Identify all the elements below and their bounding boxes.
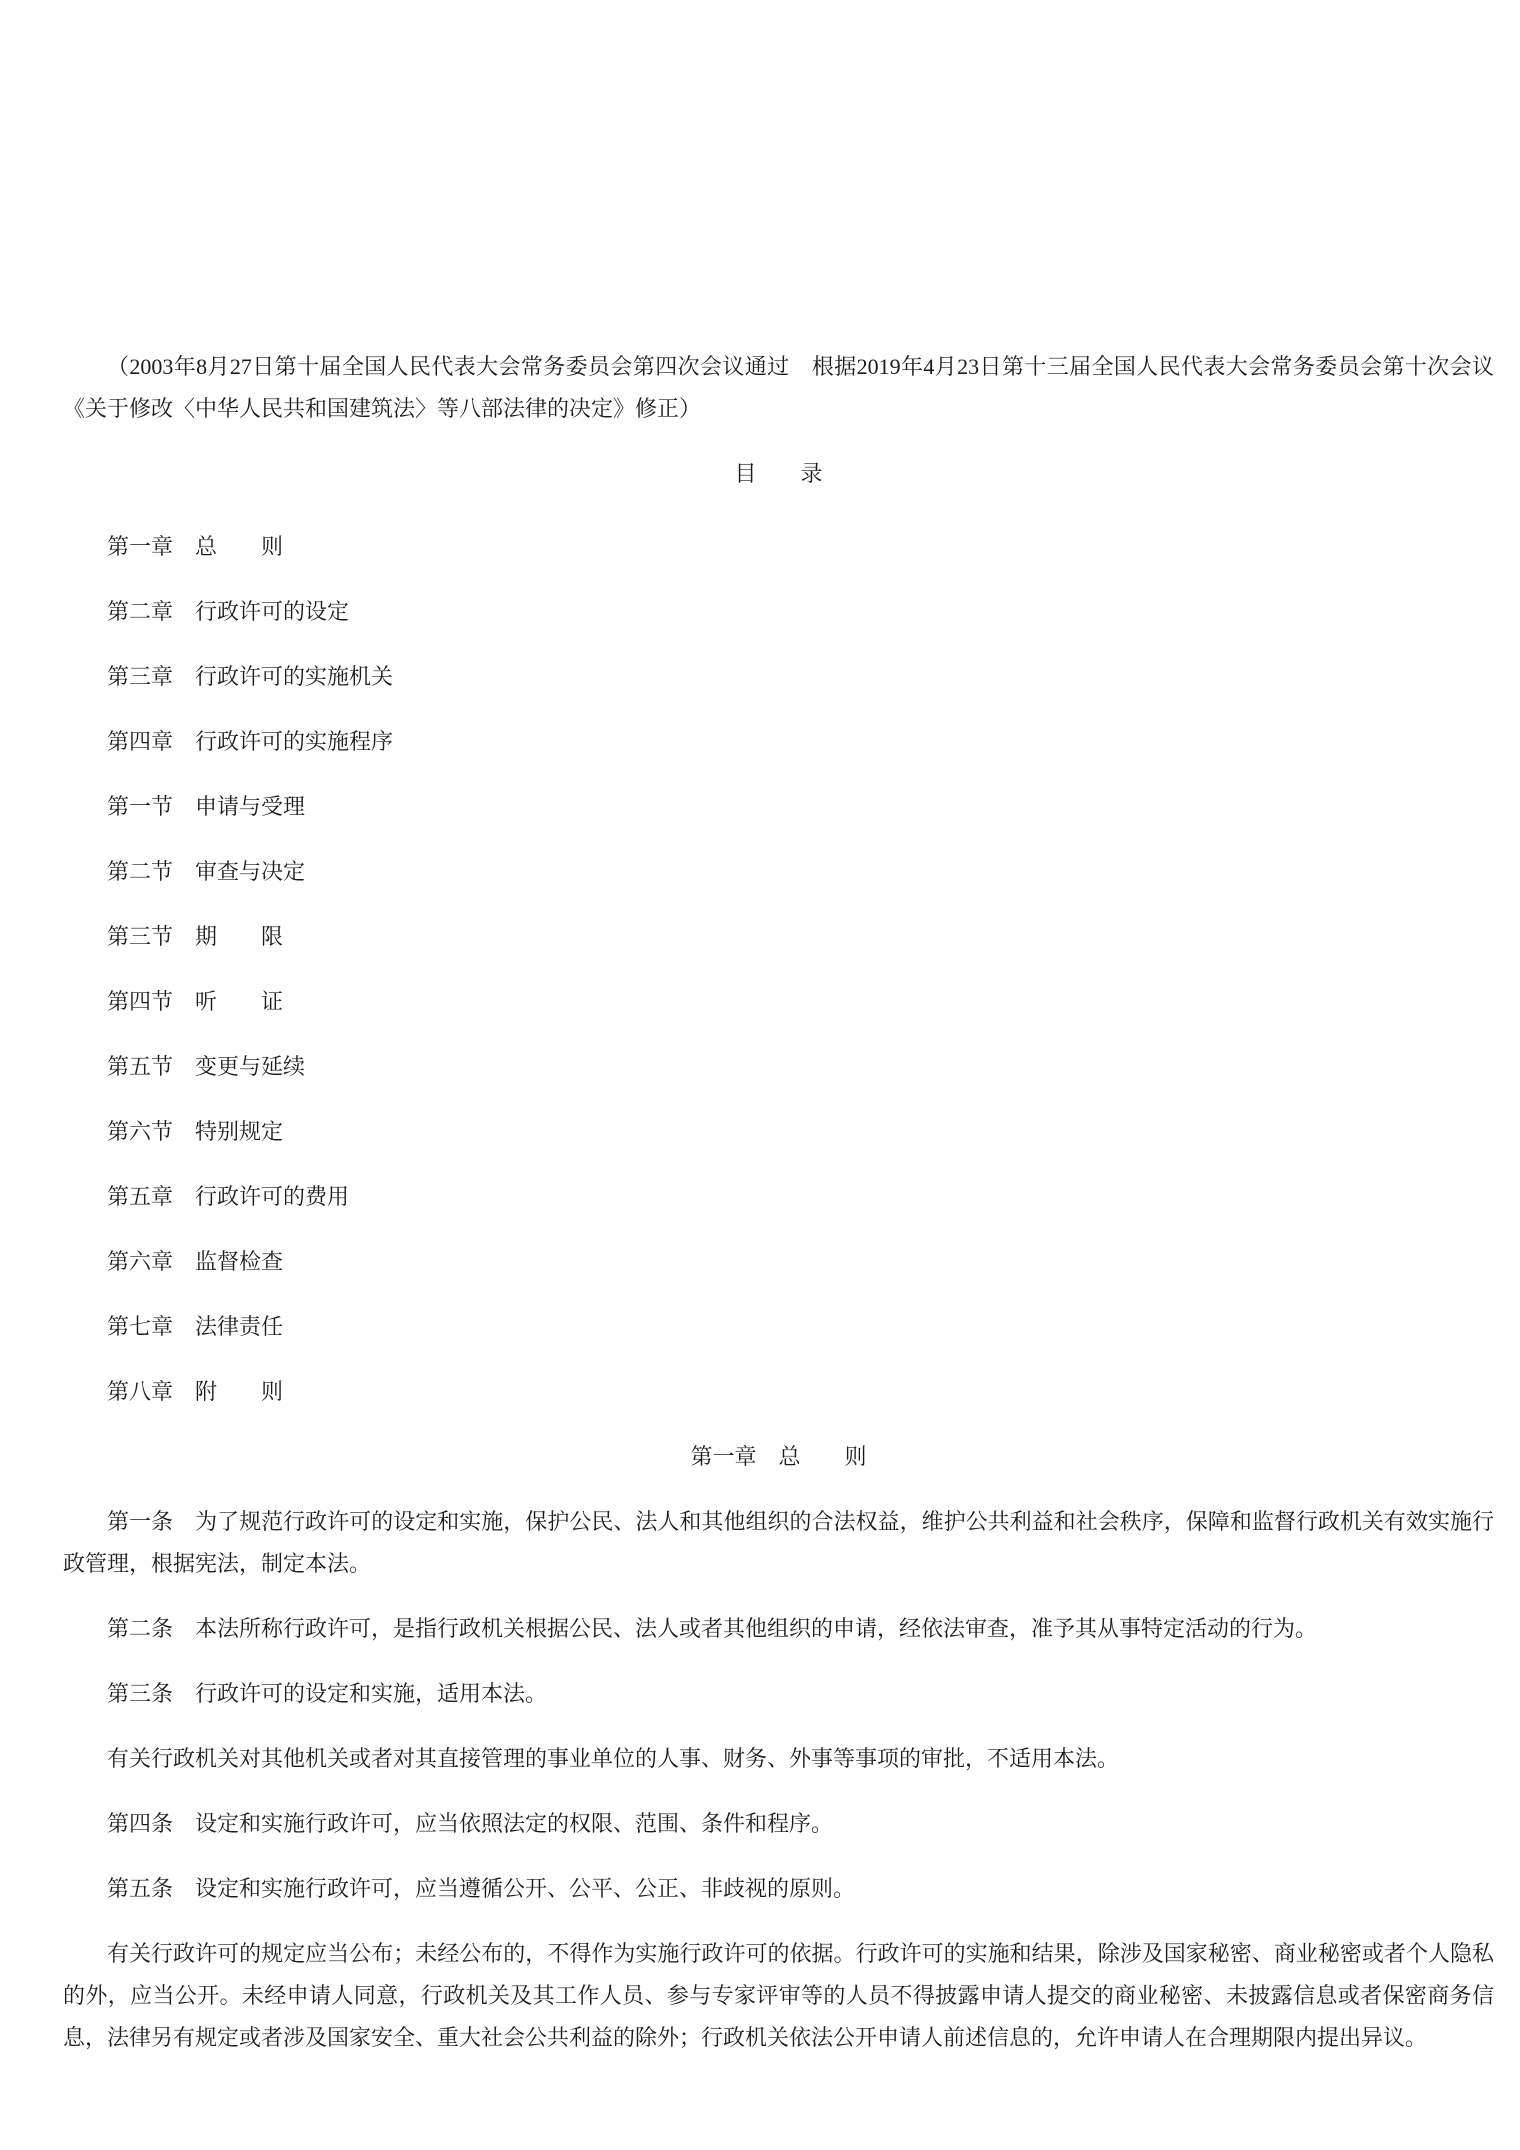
toc-item-section-5: 第五节 变更与延续: [63, 1046, 1494, 1088]
preamble: （2003年8月27日第十届全国人民代表大会常务委员会第四次会议通过 根据201…: [63, 346, 1494, 430]
toc-item-chapter-8: 第八章 附 则: [63, 1371, 1494, 1413]
article-5: 第五条 设定和实施行政许可，应当遵循公开、公平、公正、非歧视的原则。: [63, 1868, 1494, 1910]
toc-item-chapter-2: 第二章 行政许可的设定: [63, 591, 1494, 633]
toc-item-chapter-5: 第五章 行政许可的费用: [63, 1176, 1494, 1218]
toc-title: 目 录: [63, 453, 1494, 495]
article-4: 第四条 设定和实施行政许可，应当依照法定的权限、范围、条件和程序。: [63, 1803, 1494, 1845]
toc-item-section-3: 第三节 期 限: [63, 916, 1494, 958]
toc-item-chapter-4: 第四章 行政许可的实施程序: [63, 721, 1494, 763]
article-3: 第三条 行政许可的设定和实施，适用本法。: [63, 1673, 1494, 1715]
toc-item-section-6: 第六节 特别规定: [63, 1111, 1494, 1153]
article-5-para-2: 有关行政许可的规定应当公布；未经公布的，不得作为实施行政许可的依据。行政许可的实…: [63, 1933, 1494, 2059]
law-document-page: （2003年8月27日第十届全国人民代表大会常务委员会第四次会议通过 根据201…: [0, 0, 1520, 2150]
article-1: 第一条 为了规范行政许可的设定和实施，保护公民、法人和其他组织的合法权益，维护公…: [63, 1501, 1494, 1585]
toc-item-chapter-7: 第七章 法律责任: [63, 1306, 1494, 1348]
toc-item-chapter-6: 第六章 监督检查: [63, 1241, 1494, 1283]
article-3-para-2: 有关行政机关对其他机关或者对其直接管理的事业单位的人事、财务、外事等事项的审批，…: [63, 1738, 1494, 1780]
chapter-1-heading: 第一章 总 则: [63, 1436, 1494, 1478]
toc-item-chapter-1: 第一章 总 则: [63, 526, 1494, 568]
toc-item-section-1: 第一节 申请与受理: [63, 786, 1494, 828]
toc-item-section-4: 第四节 听 证: [63, 981, 1494, 1023]
toc-item-chapter-3: 第三章 行政许可的实施机关: [63, 656, 1494, 698]
toc-item-section-2: 第二节 审查与决定: [63, 851, 1494, 893]
article-2: 第二条 本法所称行政许可，是指行政机关根据公民、法人或者其他组织的申请，经依法审…: [63, 1608, 1494, 1650]
